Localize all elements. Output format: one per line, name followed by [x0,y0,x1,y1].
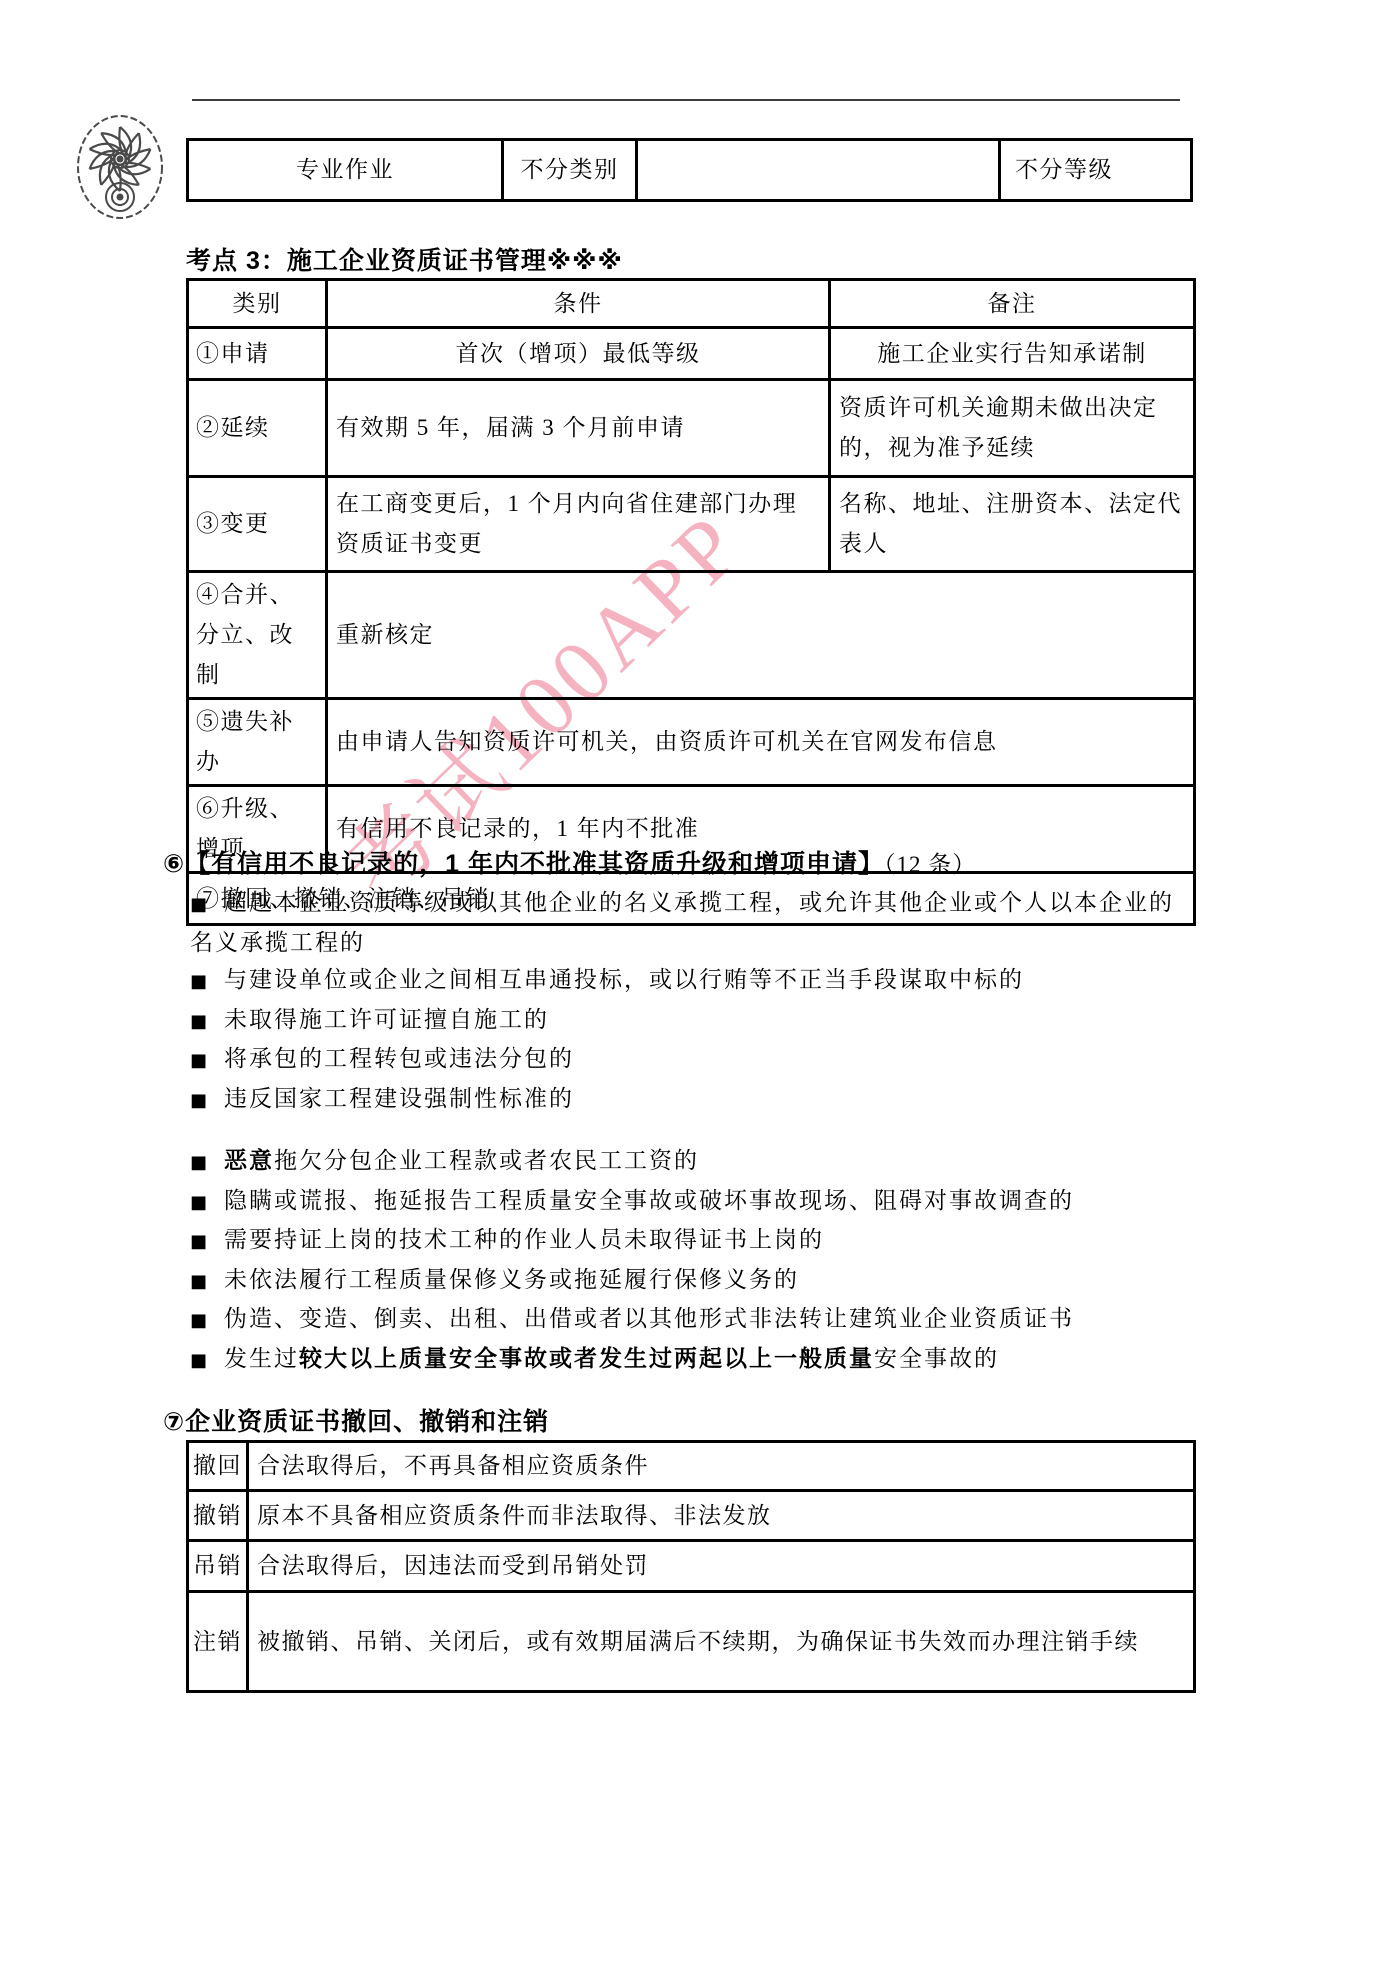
list-item-text: 与建设单位或企业之间相互串通投标，或以行贿等不正当手段谋取中标的 [224,967,1024,992]
list-item-text: 拖欠分包企业工程款或者农民工工资的 [274,1148,699,1173]
header-condition: 条件 [327,280,830,328]
list-item: ■发生过较大以上质量安全事故或者发生过两起以上一般质量安全事故的 [190,1340,1198,1380]
cell-empty [637,140,1000,201]
list-item-text: 违反国家工程建设强制性标准的 [224,1086,574,1111]
square-bullet-icon: ■ [190,1271,209,1292]
list-item-bold: 恶意 [224,1147,274,1173]
cell-apply-condition: 首次（增项）最低等级 [327,328,830,380]
square-bullet-icon: ■ [190,1050,209,1071]
cell-chehui-label: 撤回 [188,1442,248,1491]
cell-chexiao-desc: 原本不具备相应资质条件而非法取得、非法发放 [248,1491,1195,1541]
cell-merge-condition: 重新核定 [327,572,1195,699]
bad-credit-list-2: ■恶意拖欠分包企业工程款或者农民工工资的 ■隐瞒或谎报、拖延报告工程质量安全事故… [190,1142,1198,1379]
row-merge: ④合并、分立、改制 重新核定 [188,572,1195,699]
revoke-heading-text: 企业资质证书撤回、撤销和注销 [185,1408,549,1436]
square-bullet-icon: ■ [190,1231,209,1252]
revoke-table: 撤回 合法取得后，不再具备相应资质条件 撤销 原本不具备相应资质条件而非法取得、… [186,1440,1196,1693]
cell-change-note: 名称、地址、注册资本、法定代表人 [830,477,1195,572]
square-bullet-icon: ■ [190,1090,209,1111]
cell-diaoxiao-desc: 合法取得后，因违法而受到吊销处罚 [248,1541,1195,1592]
row-reissue: ⑤遗失补办 由申请人告知资质许可机关，由资质许可机关在官网发布信息 [188,699,1195,786]
importance-marks: ※※※ [547,247,623,275]
list-item: ■隐瞒或谎报、拖延报告工程质量安全事故或破坏事故现场、阻碍对事故调查的 [190,1182,1198,1222]
list-item: ■恶意拖欠分包企业工程款或者农民工工资的 [190,1142,1198,1182]
list-item-text: 安全事故的 [874,1346,999,1371]
cell-chehui-desc: 合法取得后，不再具备相应资质条件 [248,1442,1195,1491]
cell-chexiao-label: 撤销 [188,1491,248,1541]
revoke-heading: ⑦企业资质证书撤回、撤销和注销 [163,1402,549,1438]
bad-credit-heading: ⑥【有信用不良记录的，1 年内不批准其资质升级和增项申请】（12 条） [163,844,976,880]
bad-credit-heading-text: 【有信用不良记录的，1 年内不批准其资质升级和增项申请】 [185,850,884,878]
cell-diaoxiao-label: 吊销 [188,1541,248,1592]
row-change: ③变更 在工商变更后，1 个月内向省住建部门办理资质证书变更 名称、地址、注册资… [188,477,1195,572]
bad-credit-list-1: ■超越本企业资质等级或以其他企业的名义承揽工程，或允许其他企业或个人以本企业的名… [190,884,1198,1119]
list-item: ■与建设单位或企业之间相互串通投标，或以行贿等不正当手段谋取中标的 [190,961,1198,1001]
list-item-text: 伪造、变造、倒卖、出租、出借或者以其他形式非法转让建筑业企业资质证书 [224,1306,1074,1331]
cell-renew-note: 资质许可机关逾期未做出决定的，视为准予延续 [830,380,1195,477]
square-bullet-icon: ■ [190,1350,209,1371]
cell-category: 不分类别 [503,140,637,201]
row-renew: ②延续 有效期 5 年，届满 3 个月前申请 资质许可机关逾期未做出决定的，视为… [188,380,1195,477]
bad-credit-heading-count: （12 条） [884,852,976,877]
list-item: ■将承包的工程转包或违法分包的 [190,1040,1198,1080]
square-bullet-icon: ■ [190,971,209,992]
list-item: ■未取得施工许可证擅自施工的 [190,1001,1198,1041]
cell-apply-note: 施工企业实行告知承诺制 [830,328,1195,380]
table-row: 专业作业 不分类别 不分等级 [188,140,1192,201]
list-item-prefix: 发生过 [224,1346,299,1371]
cell-grade: 不分等级 [1000,140,1192,201]
cell-renew-label: ②延续 [188,380,327,477]
cell-merge-label: ④合并、分立、改制 [188,572,327,699]
kaodian-label: 考点 3： [186,247,287,275]
list-item: ■伪造、变造、倒卖、出租、出借或者以其他形式非法转让建筑业企业资质证书 [190,1300,1198,1340]
cell-change-label: ③变更 [188,477,327,572]
header-rule [192,99,1180,101]
square-bullet-icon: ■ [190,1152,209,1173]
cell-change-condition: 在工商变更后，1 个月内向省住建部门办理资质证书变更 [327,477,830,572]
cell-reissue-label: ⑤遗失补办 [188,699,327,786]
row-chehui: 撤回 合法取得后，不再具备相应资质条件 [188,1442,1195,1491]
list-item: ■违反国家工程建设强制性标准的 [190,1080,1198,1120]
row-zhuxiao: 注销 被撤销、吊销、关闭后，或有效期届满后不续期，为确保证书失效而办理注销手续 [188,1592,1195,1692]
circled-six: ⑥ [163,850,185,878]
list-item-text: 隐瞒或谎报、拖延报告工程质量安全事故或破坏事故现场、阻碍对事故调查的 [224,1188,1074,1213]
row-apply: ①申请 首次（增项）最低等级 施工企业实行告知承诺制 [188,328,1195,380]
square-bullet-icon: ■ [190,894,209,915]
document-page: 考试100APP 专业作业 [0,0,1389,1964]
list-item-text: 未依法履行工程质量保修义务或拖延履行保修义务的 [224,1267,799,1292]
list-item-text: 超越本企业资质等级或以其他企业的名义承揽工程，或允许其他企业或个人以本企业的名义… [190,890,1174,955]
list-item: ■需要持证上岗的技术工种的作业人员未取得证书上岗的 [190,1221,1198,1261]
cell-apply-label: ①申请 [188,328,327,380]
cert-management-table: 类别 条件 备注 ①申请 首次（增项）最低等级 施工企业实行告知承诺制 ②延续 … [186,278,1196,926]
cell-renew-condition: 有效期 5 年，届满 3 个月前申请 [327,380,830,477]
row-diaoxiao: 吊销 合法取得后，因违法而受到吊销处罚 [188,1541,1195,1592]
list-item-text: 需要持证上岗的技术工种的作业人员未取得证书上岗的 [224,1227,824,1252]
table-header-row: 类别 条件 备注 [188,280,1195,328]
cell-series: 专业作业 [188,140,503,201]
row-chexiao: 撤销 原本不具备相应资质条件而非法取得、非法发放 [188,1491,1195,1541]
circled-seven: ⑦ [163,1408,185,1436]
page-title: 考点 3：施工企业资质证书管理※※※ [186,241,623,277]
header-category: 类别 [188,280,327,328]
cell-zhuxiao-desc: 被撤销、吊销、关闭后，或有效期届满后不续期，为确保证书失效而办理注销手续 [248,1592,1195,1692]
header-note: 备注 [830,280,1195,328]
cell-zhuxiao-label: 注销 [188,1592,248,1692]
list-item-text: 未取得施工许可证擅自施工的 [224,1007,549,1032]
square-bullet-icon: ■ [190,1310,209,1331]
square-bullet-icon: ■ [190,1011,209,1032]
category-grade-table: 专业作业 不分类别 不分等级 [186,138,1193,202]
list-item: ■超越本企业资质等级或以其他企业的名义承揽工程，或允许其他企业或个人以本企业的名… [190,884,1198,961]
pinwheel-logo-icon [74,113,166,225]
list-item-bold: 较大以上质量安全事故或者发生过两起以上一般质量 [299,1345,874,1371]
cell-reissue-condition: 由申请人告知资质许可机关，由资质许可机关在官网发布信息 [327,699,1195,786]
list-item-text: 将承包的工程转包或违法分包的 [224,1046,574,1071]
kaodian-title: 施工企业资质证书管理 [287,247,547,275]
square-bullet-icon: ■ [190,1192,209,1213]
list-item: ■未依法履行工程质量保修义务或拖延履行保修义务的 [190,1261,1198,1301]
